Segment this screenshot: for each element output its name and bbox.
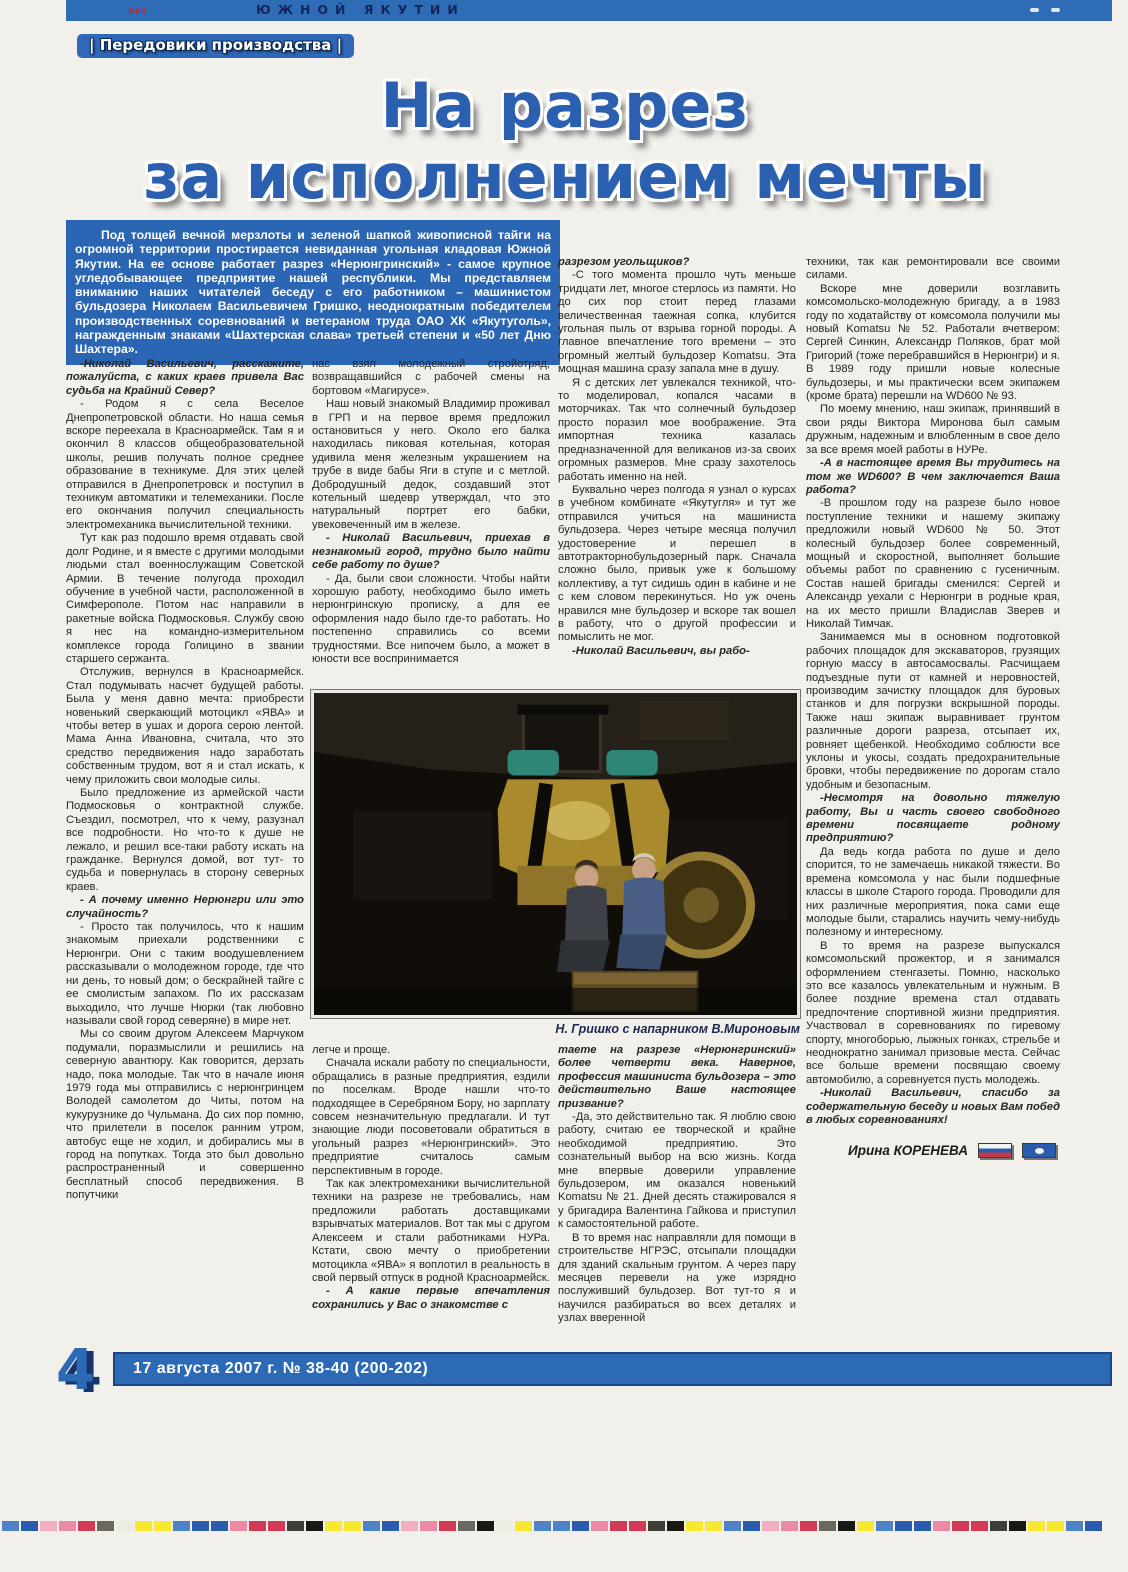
masthead-years-label: лет <box>128 6 148 17</box>
article-paragraph: -В прошлом году на разрезе было новое по… <box>806 497 1060 631</box>
yakutia-flag-icon <box>1022 1143 1056 1158</box>
calibration-swatch <box>230 1521 247 1531</box>
calibration-swatch <box>553 1521 570 1531</box>
article-paragraph: Тут как раз подошло время отдавать свой … <box>66 532 304 666</box>
calibration-swatch <box>458 1521 475 1531</box>
calibration-swatch <box>876 1521 893 1531</box>
interview-question: -Николай Васильевич, расскажите, пожалуй… <box>66 358 304 398</box>
calibration-swatch <box>1009 1521 1026 1531</box>
calibration-swatch <box>40 1521 57 1531</box>
calibration-swatch <box>933 1521 950 1531</box>
interview-question: -Несмотря на довольно тяжелую работу, Вы… <box>806 792 1060 846</box>
article-paragraph: Да ведь когда работа по душе и дело спор… <box>806 846 1060 940</box>
byline-row: Ирина КОРЕНЕВА <box>806 1143 1060 1158</box>
calibration-swatch <box>743 1521 760 1531</box>
russia-flag-icon <box>978 1143 1012 1158</box>
calibration-swatch <box>21 1521 38 1531</box>
article-paragraph: В то время нас направляли для помощи в с… <box>558 1232 796 1326</box>
article-paragraph: Буквально через полгода я узнал о курсах… <box>558 484 796 645</box>
calibration-swatch <box>211 1521 228 1531</box>
bulldozer-workers-photo-illustration <box>314 693 797 1015</box>
calibration-swatch <box>439 1521 456 1531</box>
calibration-swatch <box>1047 1521 1064 1531</box>
calibration-swatch <box>515 1521 532 1531</box>
interview-question: таете на разрезе «Нерюнгринский» более ч… <box>558 1044 796 1111</box>
calibration-swatch <box>420 1521 437 1531</box>
calibration-swatch <box>705 1521 722 1531</box>
footer-issue-bar: 17 августа 2007 г. № 38-40 (200-202) <box>113 1352 1112 1386</box>
calibration-swatch <box>173 1521 190 1531</box>
calibration-swatch <box>724 1521 741 1531</box>
article-paragraph: - Родом я с села Веселое Днепропетровско… <box>66 398 304 532</box>
rubric-label: | Передовики производства | <box>77 34 354 58</box>
calibration-swatch <box>1066 1521 1083 1531</box>
calibration-swatch <box>686 1521 703 1531</box>
article-paragraph: Сначала искали работу по специальности, … <box>312 1057 550 1178</box>
article-paragraph: Было предложение из армейской части Подм… <box>66 787 304 894</box>
masthead-region-title: ЮЖНОЙ ЯКУТИИ <box>256 2 465 17</box>
calibration-swatch <box>116 1521 133 1531</box>
article-paragraph: - Да, были свои сложности. Чтобы найти х… <box>312 573 550 667</box>
calibration-swatch <box>325 1521 342 1531</box>
calibration-swatch <box>287 1521 304 1531</box>
headline-line-2: за исполнением мечты <box>40 141 1090 212</box>
calibration-swatch <box>59 1521 76 1531</box>
calibration-swatch <box>838 1521 855 1531</box>
interview-question: разрезом угольщиков? <box>558 256 796 269</box>
calibration-swatch <box>572 1521 589 1531</box>
calibration-swatch <box>610 1521 627 1531</box>
calibration-swatch <box>192 1521 209 1531</box>
calibration-swatch <box>1028 1521 1045 1531</box>
article-paragraph: - Просто так получилось, что к нашим зна… <box>66 921 304 1028</box>
calibration-swatch <box>154 1521 171 1531</box>
article-paragraph: Так как электромеханики вычислительной т… <box>312 1178 550 1285</box>
calibration-swatch <box>135 1521 152 1531</box>
column-4-paragraphs: техники, так как ремонтировали все своим… <box>806 256 1060 1127</box>
interview-question: -Николай Васильевич, вы рабо- <box>558 645 796 658</box>
interview-question: - А какие первые впечатления сохранились… <box>312 1285 550 1312</box>
article-column-3-bottom: таете на разрезе «Нерюнгринский» более ч… <box>558 1044 796 1348</box>
calibration-swatch <box>648 1521 665 1531</box>
calibration-swatch <box>857 1521 874 1531</box>
article-column-4: техники, так как ремонтировали все своим… <box>806 256 1060 1350</box>
interview-question: -А в настоящее время Вы трудитесь на том… <box>806 457 1060 497</box>
page-number: 4 <box>56 1338 95 1403</box>
calibration-swatch <box>401 1521 418 1531</box>
article-paragraph: легче и проще. <box>312 1044 550 1057</box>
calibration-swatch <box>629 1521 646 1531</box>
calibration-swatch <box>591 1521 608 1531</box>
calibration-swatch <box>306 1521 323 1531</box>
calibration-swatch <box>667 1521 684 1531</box>
calibration-swatch <box>971 1521 988 1531</box>
calibration-swatch <box>363 1521 380 1531</box>
masthead-decoration-dots <box>1030 8 1060 12</box>
article-column-2-bottom: легче и проще.Сначала искали работу по с… <box>312 1044 550 1348</box>
masthead-bar: лет ЮЖНОЙ ЯКУТИИ <box>66 0 1112 21</box>
article-paragraph: техники, так как ремонтировали все своим… <box>806 256 1060 283</box>
article-paragraph: В то время на разрезе выпускался комсомо… <box>806 940 1060 1087</box>
article-column-2-top: нас взял молодежный стройотряд, возвраща… <box>312 358 550 690</box>
article-photo <box>311 690 800 1018</box>
article-column-1: -Николай Васильевич, расскажите, пожалуй… <box>66 358 304 1348</box>
article-paragraph: Отслужив, вернулся в Красноармейск. Стал… <box>66 666 304 787</box>
interview-question: - А почему именно Нерюнгри или это случа… <box>66 894 304 921</box>
print-calibration-strip <box>2 1521 1102 1531</box>
calibration-swatch <box>1085 1521 1102 1531</box>
calibration-swatch <box>477 1521 494 1531</box>
calibration-swatch <box>97 1521 114 1531</box>
article-paragraph: Вскоре мне доверили возглавить комсомоль… <box>806 283 1060 404</box>
byline-author: Ирина КОРЕНЕВА <box>848 1144 968 1157</box>
article-paragraph: Мы со своим другом Алексеем Марчуком под… <box>66 1028 304 1202</box>
calibration-swatch <box>895 1521 912 1531</box>
headline-line-1: На разрез <box>40 70 1090 141</box>
article-paragraph: Я с детских лет увлекался техникой, что-… <box>558 377 796 484</box>
article-column-3-top: разрезом угольщиков?-С того момента прош… <box>558 256 796 690</box>
photo-caption: Н. Гришко с напарником В.Мироновым <box>311 1022 800 1036</box>
article-headline: На разрез за исполнением мечты <box>40 70 1090 212</box>
article-paragraph: -Да, это действительно так. Я люблю свою… <box>558 1111 796 1232</box>
calibration-swatch <box>78 1521 95 1531</box>
article-lead: Под толщей вечной мерзлоты и зеленой шап… <box>66 220 560 365</box>
calibration-swatch <box>496 1521 513 1531</box>
calibration-swatch <box>344 1521 361 1531</box>
article-paragraph: нас взял молодежный стройотряд, возвраща… <box>312 358 550 398</box>
calibration-swatch <box>382 1521 399 1531</box>
article-paragraph: -С того момента прошло чуть меньше тридц… <box>558 269 796 376</box>
calibration-swatch <box>990 1521 1007 1531</box>
article-paragraph: Наш новый знакомый Владимир проживал в Г… <box>312 398 550 532</box>
calibration-swatch <box>2 1521 19 1531</box>
calibration-swatch <box>819 1521 836 1531</box>
interview-question: -Николай Васильевич, спасибо за содержат… <box>806 1087 1060 1127</box>
calibration-swatch <box>952 1521 969 1531</box>
calibration-swatch <box>534 1521 551 1531</box>
article-paragraph: Занимаемся мы в основном подготовкой раб… <box>806 631 1060 792</box>
interview-question: - Николай Васильевич, приехав в незнаком… <box>312 532 550 572</box>
calibration-swatch <box>249 1521 266 1531</box>
calibration-swatch <box>781 1521 798 1531</box>
calibration-swatch <box>268 1521 285 1531</box>
article-paragraph: По моему мнению, наш экипаж, принявший в… <box>806 403 1060 457</box>
calibration-swatch <box>914 1521 931 1531</box>
calibration-swatch <box>800 1521 817 1531</box>
calibration-swatch <box>762 1521 779 1531</box>
